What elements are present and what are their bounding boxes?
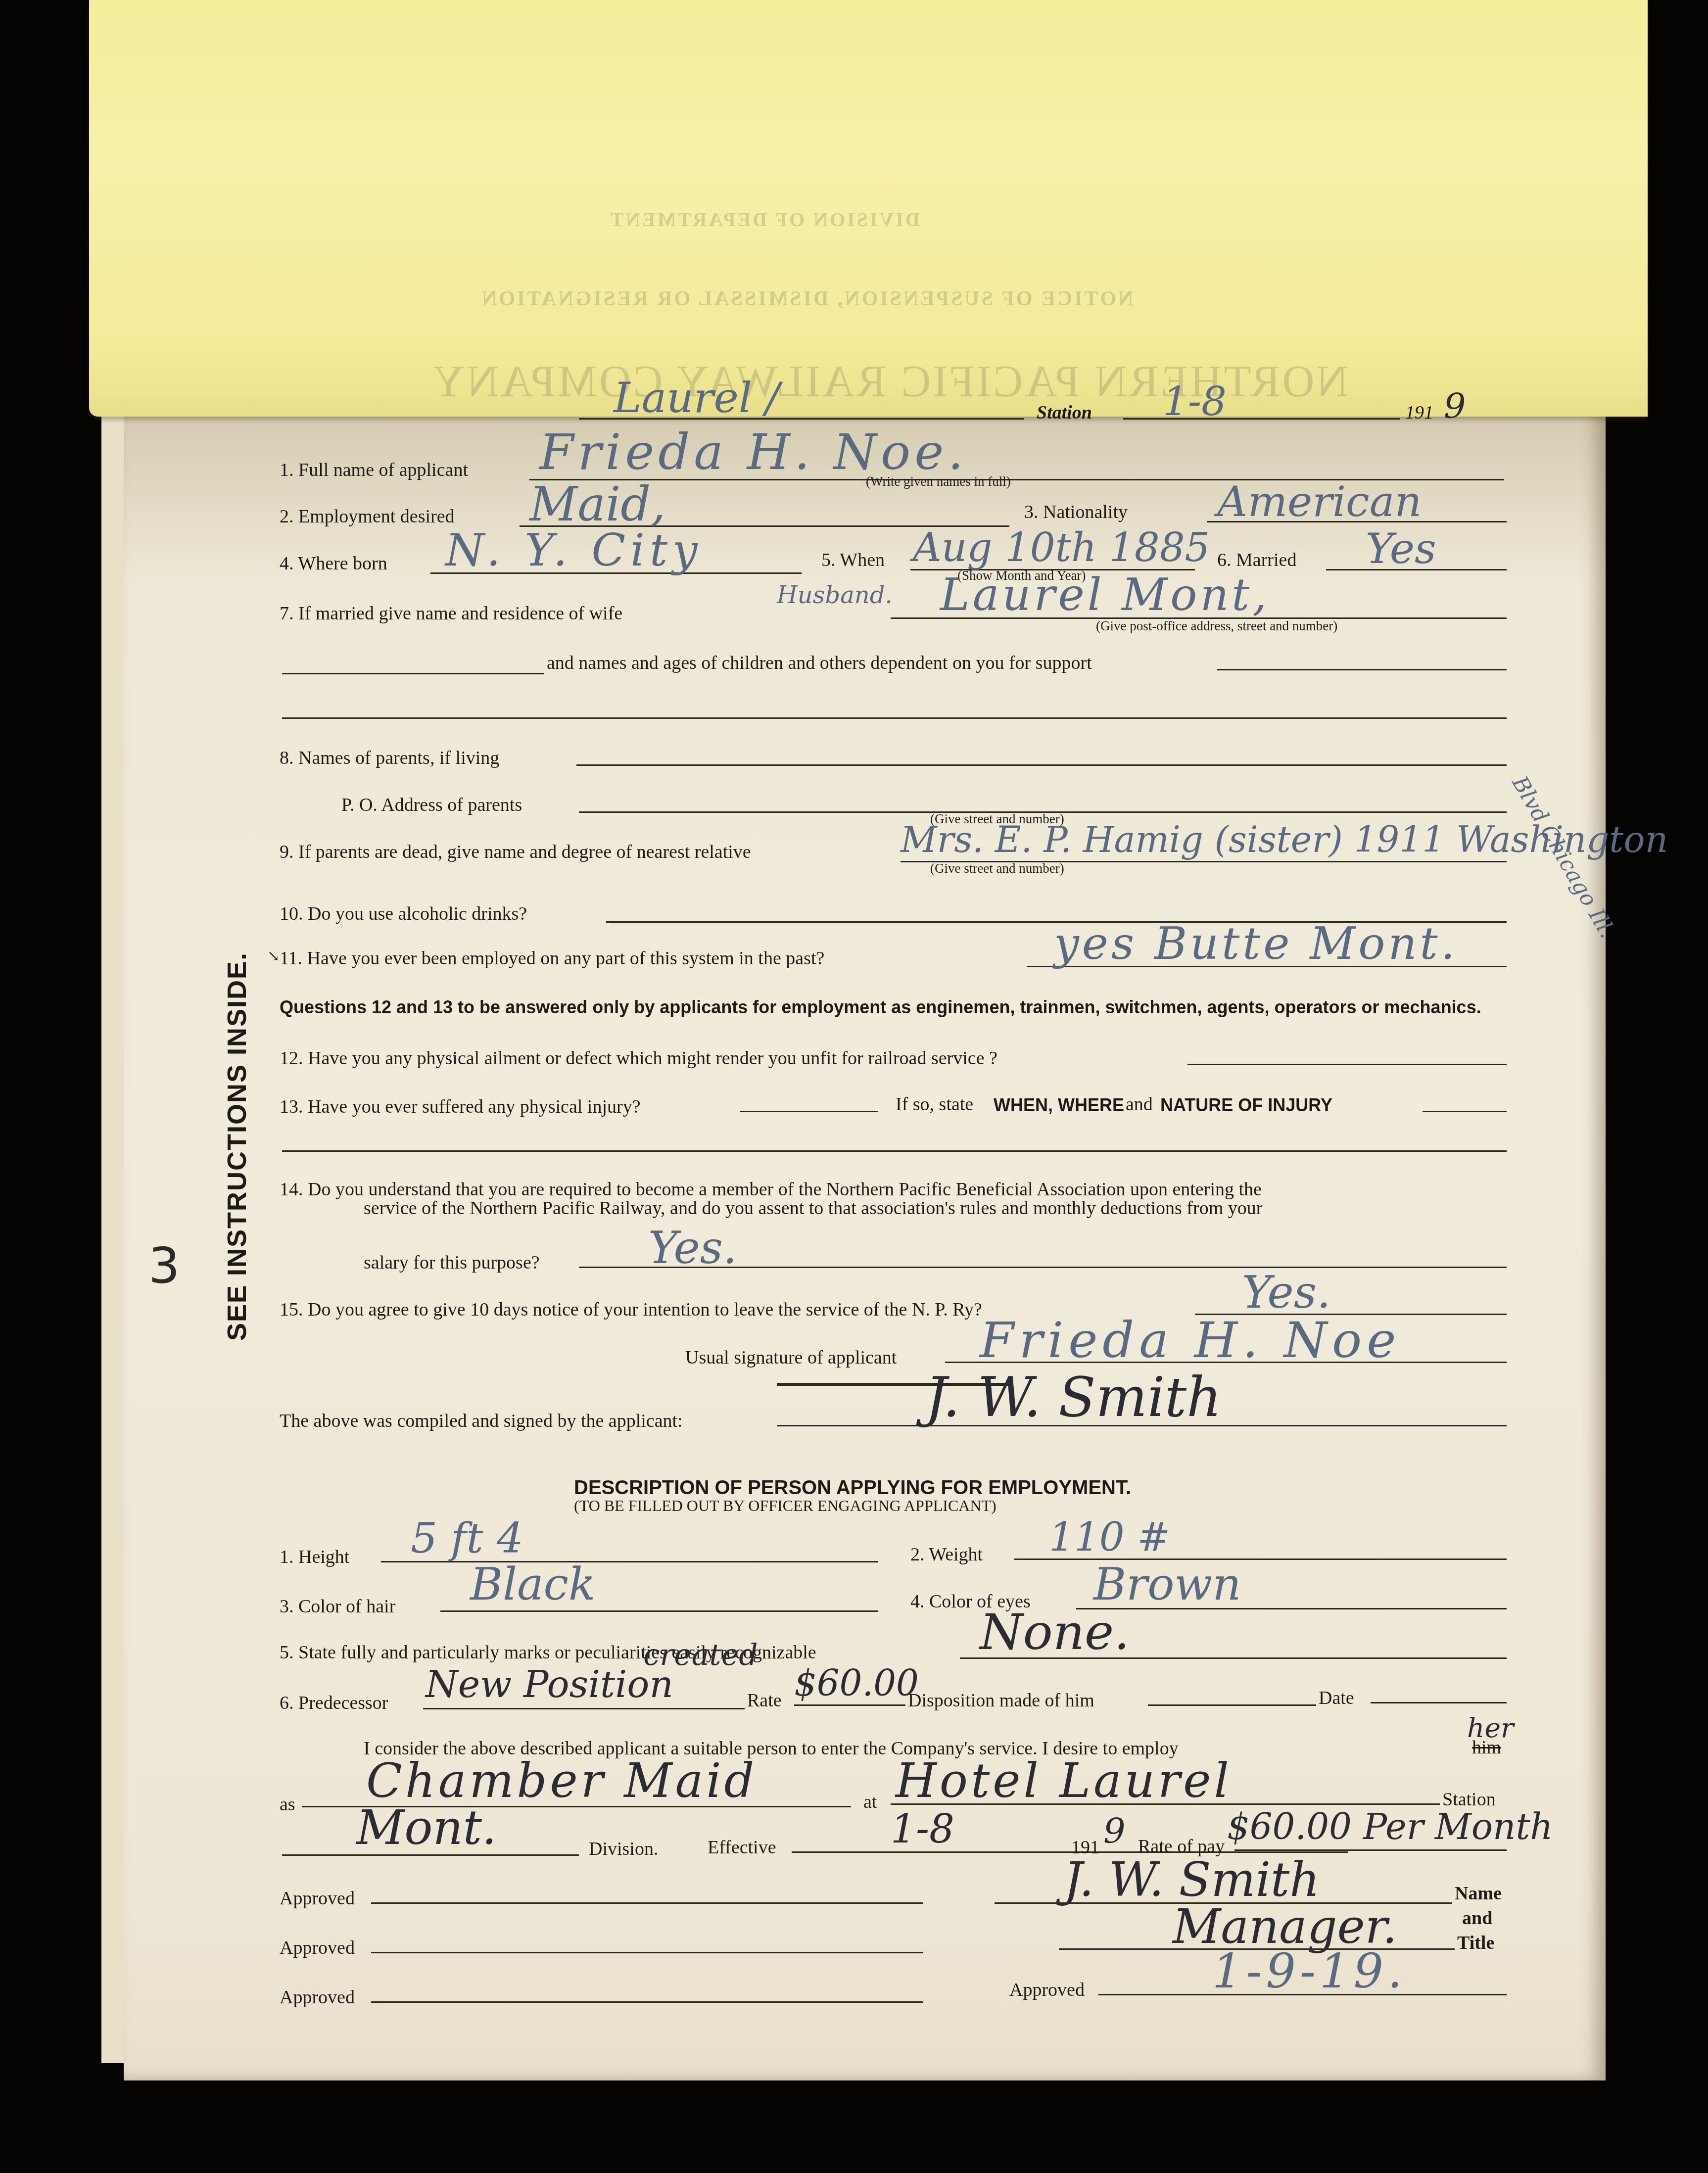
q13-line-2[interactable] [1423, 1111, 1507, 1112]
predecessor-label: 6. Predecessor [280, 1692, 388, 1714]
q7b-line-left[interactable] [282, 673, 544, 674]
approved-label-1: Approved [280, 1888, 355, 1909]
q7b-line-right[interactable] [1217, 669, 1507, 670]
marks-value[interactable]: None. [980, 1603, 1130, 1661]
at-value[interactable]: Hotel Laurel [896, 1754, 1232, 1808]
q13-line-1[interactable] [740, 1111, 878, 1112]
q8-label: 8. Names of parents, if living [280, 747, 499, 769]
q4-value[interactable]: N. Y. City [445, 524, 703, 576]
q12-line[interactable] [1187, 1064, 1507, 1065]
date-label: Date [1319, 1687, 1354, 1709]
q9-label: 9. If parents are dead, give name and de… [280, 841, 751, 863]
hair-value[interactable]: Black [470, 1559, 596, 1610]
q4-label: 4. Where born [280, 553, 387, 574]
bleed-text-1: DIVISION OF DEPARTMENT [609, 208, 920, 231]
q1-label: 1. Full name of applicant [280, 459, 468, 481]
questions-12-13-note: Questions 12 and 13 to be answered only … [280, 997, 1507, 1018]
and-label: and [1462, 1907, 1492, 1929]
q7b-line-2[interactable] [282, 717, 1507, 719]
q7-label: 7. If married give name and residence of… [280, 603, 622, 624]
predecessor-line[interactable] [423, 1708, 745, 1709]
station-label: Station [1037, 402, 1092, 424]
arrow-mark-icon: ↘ [267, 947, 280, 965]
predecessor-above[interactable]: created [643, 1638, 758, 1672]
q6-label: 6. Married [1217, 549, 1296, 571]
q13-line-3[interactable] [282, 1150, 1507, 1152]
signature-value[interactable]: Frieda H. Noe [980, 1311, 1401, 1369]
q13-bold2: NATURE OF INJURY [1160, 1095, 1332, 1116]
yellow-carbon-sheet: DIVISION OF DEPARTMENT NOTICE OF SUSPENS… [89, 0, 1648, 417]
q14-line2: service of the Northern Pacific Railway,… [364, 1197, 1262, 1219]
rate-line[interactable] [794, 1704, 905, 1706]
rate-of-pay-line[interactable] [1234, 1849, 1507, 1851]
rate-value[interactable]: $60.00 [794, 1662, 919, 1704]
q5-label: 5. When [821, 549, 885, 571]
q11-label: 11. Have you ever been employed on any p… [280, 947, 824, 969]
q7b-label: and names and ages of children and other… [547, 652, 1092, 674]
station-date-value: 1-8 [1163, 378, 1227, 425]
hair-label: 3. Color of hair [280, 1596, 395, 1617]
q12-label: 12. Have you any physical ailment or def… [280, 1047, 997, 1069]
date-line[interactable] [1371, 1702, 1507, 1703]
weight-label: 2. Weight [910, 1544, 983, 1565]
disposition-line[interactable] [1148, 1704, 1316, 1706]
bleed-text-2: NOTICE OF SUSPENSION, DISMISSAL OR RESIG… [480, 287, 1134, 311]
approved-right-value[interactable]: 1-9-19. [1212, 1944, 1406, 1999]
officer-name-value[interactable]: J. W. Smith [1064, 1853, 1320, 1907]
q13-and: and [1126, 1093, 1153, 1115]
division-value[interactable]: Mont. [356, 1801, 497, 1855]
approved-line-2[interactable] [371, 1952, 923, 1953]
compiled-label: The above was compiled and signed by the… [280, 1410, 683, 1432]
approved-label-2: Approved [280, 1937, 355, 1959]
q10-label: 10. Do you use alcoholic drinks? [280, 903, 527, 925]
margin-number: 3 [148, 1237, 180, 1295]
rate-of-pay-value[interactable]: $60.00 Per Month [1227, 1806, 1553, 1847]
q1-hint: (Write given names in full) [866, 474, 1011, 489]
height-label: 1. Height [280, 1546, 349, 1568]
q8-line[interactable] [576, 764, 1507, 766]
effective-value[interactable]: 1-8 [891, 1806, 954, 1852]
year-prefix: 191 [1405, 402, 1433, 424]
approved-label-3: Approved [280, 1986, 355, 2008]
q13-mid: If so, state [896, 1093, 973, 1115]
compiled-value[interactable]: J. W. Smith [925, 1366, 1222, 1429]
q6-value[interactable]: Yes [1366, 524, 1436, 573]
q2-label: 2. Employment desired [280, 506, 455, 527]
q1-value[interactable]: Frieda H. Noe. [539, 423, 967, 481]
q11-value[interactable]: yes Butte Mont. [1054, 918, 1458, 970]
q3-value[interactable]: American [1217, 477, 1422, 526]
hair-line[interactable] [440, 1610, 878, 1612]
place-line [579, 418, 1024, 420]
q2-value[interactable]: Maid, [529, 477, 665, 532]
approved-line-1[interactable] [371, 1902, 923, 1904]
q13-bold1: WHEN, WHERE [994, 1095, 1124, 1116]
description-subtitle: (TO BE FILLED OUT BY OFFICER ENGAGING AP… [574, 1497, 996, 1515]
disposition-label: Disposition made of him [908, 1690, 1094, 1711]
height-value[interactable]: 5 ft 4 [411, 1514, 523, 1563]
q8b-label: P. O. Address of parents [341, 794, 522, 816]
q7-value-prefix[interactable]: Husband. [777, 581, 893, 609]
name-label: Name [1455, 1883, 1502, 1904]
as-value[interactable]: Chamber Maid [366, 1754, 757, 1808]
year-suffix: 9 [1444, 386, 1466, 426]
effective-year-suffix[interactable]: 9 [1103, 1811, 1126, 1851]
rate-label: Rate [747, 1690, 782, 1711]
division-label: Division. [589, 1838, 658, 1860]
description-title: DESCRIPTION OF PERSON APPLYING FOR EMPLO… [574, 1477, 1131, 1499]
q7-value[interactable]: Laurel Mont, [940, 569, 1270, 621]
approved-line-3[interactable] [371, 2001, 923, 2003]
q7-hint: (Give post-office address, street and nu… [1096, 618, 1337, 634]
approved-right-label: Approved [1009, 1979, 1085, 2001]
as-label: as [280, 1794, 295, 1815]
predecessor-value[interactable]: New Position [426, 1662, 673, 1706]
signature-label: Usual signature of applicant [685, 1347, 897, 1369]
effective-label: Effective [708, 1837, 776, 1858]
see-instructions-inside: SEE INSTRUCTIONS INSIDE. [222, 952, 252, 1341]
title-label: Title [1457, 1932, 1494, 1954]
q9-hint: (Give street and number) [930, 861, 1064, 876]
q13-label: 13. Have you ever suffered any physical … [280, 1096, 641, 1118]
q14-value[interactable]: Yes. [648, 1222, 737, 1274]
q15-label: 15. Do you agree to give 10 days notice … [280, 1299, 982, 1321]
weight-value[interactable]: 110 # [1049, 1514, 1170, 1560]
at-label: at [863, 1791, 877, 1813]
q14-line3: salary for this purpose? [364, 1252, 540, 1274]
employ-correction[interactable]: her [1467, 1712, 1514, 1744]
place-value: Laurel / [614, 374, 780, 423]
q5-value[interactable]: Aug 10th 1885 [913, 524, 1210, 570]
q3-label: 3. Nationality [1024, 501, 1128, 523]
